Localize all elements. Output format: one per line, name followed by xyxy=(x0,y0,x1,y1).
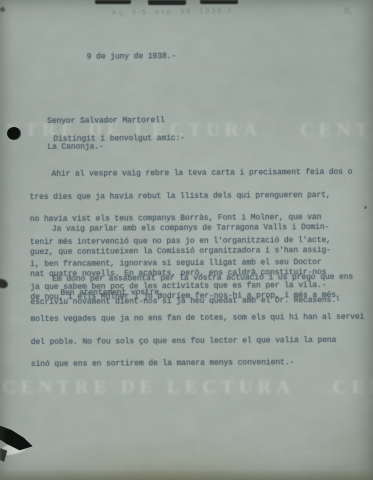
closing-line: Ben atentament vostre, xyxy=(60,288,163,298)
scanned-letter-page: ENTRE DE LECTURA CENTRE L CENTRE DE LECT… xyxy=(0,0,373,480)
paragraph-line: Ja vaig parlar amb els companys de Tarra… xyxy=(30,224,364,234)
salutation-line: Distingit i benvolgut amic:- xyxy=(53,134,185,144)
date-line: 9 de juny de 1938.- xyxy=(87,52,176,62)
paragraph-line: tres dies que ja havia rebut la llista d… xyxy=(30,191,353,201)
paragraph-line: del poble. No fou sols ço que ens fou le… xyxy=(31,336,365,346)
top-edge-dark-bar xyxy=(95,0,131,4)
paragraph-line: sinó que ens en sortirem de la manera me… xyxy=(31,359,365,369)
top-edge-dark-bar xyxy=(200,0,238,4)
paper-speck xyxy=(0,7,5,12)
paragraph-line: Em dono per assabentat per la vostra act… xyxy=(30,274,353,284)
paragraph-line: escriviu novament dient-nos si ja heu qu… xyxy=(30,296,353,306)
letter-body: 9 de juny de 1938.- Senyor Salvador Mart… xyxy=(0,0,373,480)
recipient-town: La Canonja.- xyxy=(47,143,165,152)
punch-hole xyxy=(7,127,21,140)
top-edge-dark-bar xyxy=(148,0,186,5)
recipient-name: Senyor Salvador Martorell xyxy=(47,117,165,126)
paper-speck xyxy=(364,206,367,209)
paragraph-line: Ahir al vespre vaig rebre la teva carta … xyxy=(30,169,353,179)
paragraph-line: guez, que constitueixen la Comissió orga… xyxy=(30,246,364,256)
